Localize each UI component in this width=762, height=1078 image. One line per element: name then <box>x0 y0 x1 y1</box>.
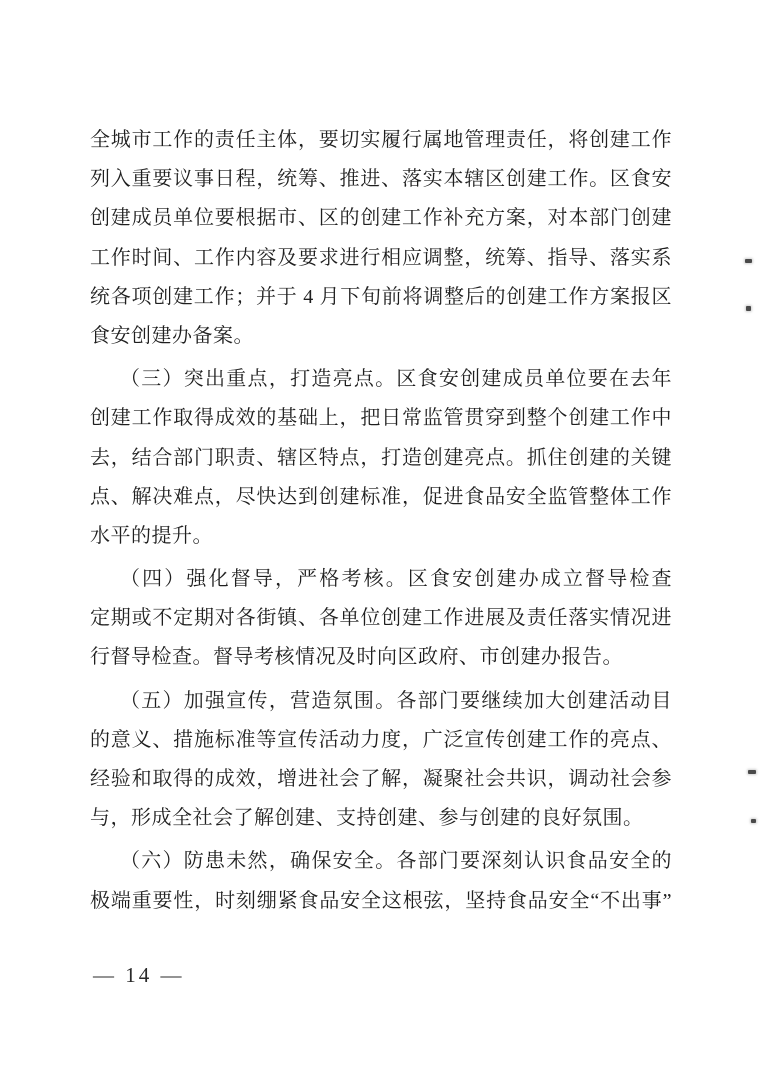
text-line: （三）突出重点，打造亮点。区食安创建成员单位要在去年 <box>90 360 672 399</box>
text-line: 与，形成全社会了解创建、支持创建、参与创建的良好氛围。 <box>90 799 672 838</box>
text-body: 全城市工作的责任主体，要切实履行属地管理责任，将创建工作列入重要议事日程，统筹、… <box>90 121 672 921</box>
page-number: — 14 — <box>93 963 185 988</box>
scan-speck <box>751 819 756 823</box>
text-line: 列入重要议事日程，统筹、推进、落实本辖区创建工作。区食安 <box>90 160 672 199</box>
text-line: 去，结合部门职责、辖区特点，打造创建亮点。抓住创建的关键 <box>90 439 672 478</box>
text-line: 的意义、措施标准等宣传活动力度，广泛宣传创建工作的亮点、 <box>90 721 672 760</box>
text-line: 工作时间、工作内容及要求进行相应调整，统筹、指导、落实系 <box>90 239 672 278</box>
text-line: 行督导检查。督导考核情况及时向区政府、市创建办报告。 <box>90 638 672 677</box>
text-line: （四）强化督导，严格考核。区食安创建办成立督导检查组， <box>90 560 672 599</box>
scanned-document-page: 全城市工作的责任主体，要切实履行属地管理责任，将创建工作列入重要议事日程，统筹、… <box>0 0 762 1078</box>
text-line: 极端重要性，时刻绷紧食品安全这根弦，坚持食品安全“不出事” <box>90 882 672 921</box>
text-line: 全城市工作的责任主体，要切实履行属地管理责任，将创建工作 <box>90 121 672 160</box>
text-line: 创建成员单位要根据市、区的创建工作补充方案，对本部门创建 <box>90 199 672 238</box>
paragraph: （五）加强宣传，营造氛围。各部门要继续加大创建活动目的意义、措施标准等宣传活动力… <box>90 682 672 839</box>
text-line: 点、解决难点，尽快达到创建标准，促进食品安全监管整体工作 <box>90 478 672 517</box>
text-line: 创建工作取得成效的基础上，把日常监管贯穿到整个创建工作中 <box>90 399 672 438</box>
paragraph: （六）防患未然，确保安全。各部门要深刻认识食品安全的极端重要性，时刻绷紧食品安全… <box>90 842 672 920</box>
scan-speck <box>746 306 751 311</box>
text-line: 食安创建办备案。 <box>90 317 672 356</box>
paragraph: （三）突出重点，打造亮点。区食安创建成员单位要在去年创建工作取得成效的基础上，把… <box>90 360 672 556</box>
scan-speck <box>745 259 752 263</box>
scan-speck <box>748 770 756 774</box>
text-line: 水平的提升。 <box>90 517 672 556</box>
text-line: （五）加强宣传，营造氛围。各部门要继续加大创建活动目 <box>90 682 672 721</box>
text-line: 统各项创建工作；并于 4 月下旬前将调整后的创建工作方案报区 <box>90 278 672 317</box>
text-line: 定期或不定期对各街镇、各单位创建工作进展及责任落实情况进 <box>90 599 672 638</box>
paragraph: 全城市工作的责任主体，要切实履行属地管理责任，将创建工作列入重要议事日程，统筹、… <box>90 121 672 356</box>
text-line: （六）防患未然，确保安全。各部门要深刻认识食品安全的 <box>90 842 672 881</box>
text-line: 经验和取得的成效，增进社会了解，凝聚社会共识，调动社会参 <box>90 760 672 799</box>
paragraph: （四）强化督导，严格考核。区食安创建办成立督导检查组，定期或不定期对各街镇、各单… <box>90 560 672 678</box>
